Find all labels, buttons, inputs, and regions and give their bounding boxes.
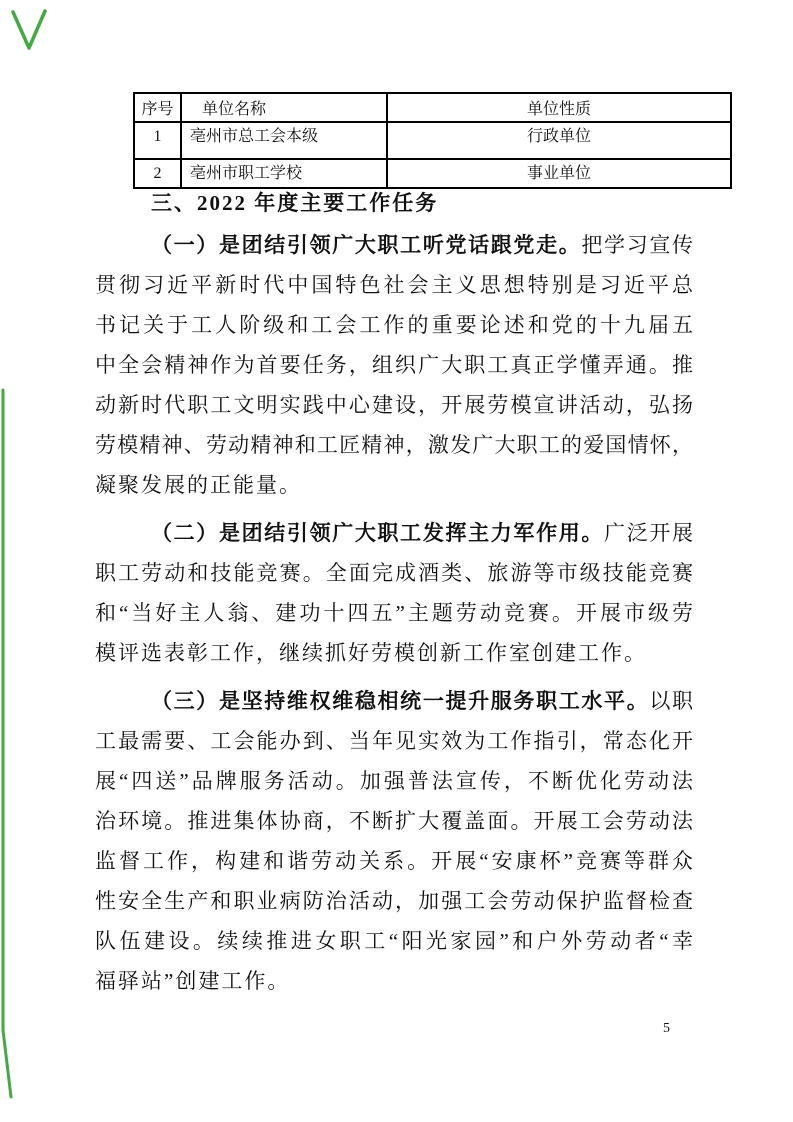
text-line: （一）是团结引领广大职工听党话跟党走。把学习宣传 xyxy=(95,225,693,265)
bold-lead-sentence: （一）是团结引领广大职工听党话跟党走。 xyxy=(151,233,581,257)
bold-lead-sentence: （二）是团结引领广大职工发挥主力军作用。 xyxy=(151,521,604,545)
cell-unit-name: 亳州市总工会本级 xyxy=(181,122,387,159)
pen-checkmark-icon xyxy=(13,11,45,48)
text-line: 福驿站”创建工作。 xyxy=(95,961,693,1001)
body-text: 性安全生产和职业病防治活动，加强工会劳动保护监督检查 xyxy=(95,889,693,913)
body-text: 治环境。推进集体协商，不断扩大覆盖面。开展工会劳动法 xyxy=(95,809,693,833)
text-line: （三）是坚持维权维稳相统一提升服务职工水平。以职 xyxy=(95,681,693,721)
body-text: 把学习宣传 xyxy=(581,233,693,257)
paragraph: （三）是坚持维权维稳相统一提升服务职工水平。以职工最需要、工会能办到、当年见实效… xyxy=(95,681,693,1001)
cell-unit-name: 亳州市职工学校 xyxy=(181,159,387,188)
table-header-unit-name: 单位名称 xyxy=(181,93,387,122)
body-text: 职工劳动和技能竞赛。全面完成酒类、旅游等市级技能竞赛 xyxy=(95,561,693,585)
cell-unit-type: 行政单位 xyxy=(387,122,731,159)
body-text: 模评选表彰工作，继续抓好劳模创新工作室创建工作。 xyxy=(95,641,647,665)
text-line: 中全会精神作为首要任务，组织广大职工真正学懂弄通。推 xyxy=(95,345,693,385)
text-line: 治环境。推进集体协商，不断扩大覆盖面。开展工会劳动法 xyxy=(95,801,693,841)
text-line: 队伍建设。续续推进女职工“阳光家园”和户外劳动者“幸 xyxy=(95,921,693,961)
text-line: 凝聚发展的正能量。 xyxy=(95,465,693,505)
text-line: 贯彻习近平新时代中国特色社会主义思想特别是习近平总 xyxy=(95,265,693,305)
body-text: 动新时代职工文明实践中心建设，开展劳模宣讲活动，弘扬 xyxy=(95,393,693,417)
body-text: 和“当好主人翁、建功十四五”主题劳动竞赛。开展市级劳 xyxy=(95,601,693,625)
page-number: 5 xyxy=(663,1021,670,1037)
body-text: 凝聚发展的正能量。 xyxy=(95,473,302,497)
body-text: 劳模精神、劳动精神和工匠精神，激发广大职工的爱国情怀， xyxy=(95,433,693,457)
pen-margin-line xyxy=(3,390,11,1097)
text-line: 监督工作，构建和谐劳动关系。开展“安康杯”竞赛等群众 xyxy=(95,841,693,881)
body-text: 中全会精神作为首要任务，组织广大职工真正学懂弄通。推 xyxy=(95,353,693,377)
body-text: 书记关于工人阶级和工会工作的重要论述和党的十九届五 xyxy=(95,313,693,337)
paragraph: （二）是团结引领广大职工发挥主力军作用。广泛开展职工劳动和技能竞赛。全面完成酒类… xyxy=(95,513,693,673)
text-line: 动新时代职工文明实践中心建设，开展劳模宣讲活动，弘扬 xyxy=(95,385,693,425)
section-heading: 三、2022 年度主要工作任务 xyxy=(95,190,695,216)
body-text: 以职 xyxy=(649,689,693,713)
cell-no: 2 xyxy=(134,159,181,188)
text-line: （二）是团结引领广大职工发挥主力军作用。广泛开展 xyxy=(95,513,693,553)
paragraph: （一）是团结引领广大职工听党话跟党走。把学习宣传贯彻习近平新时代中国特色社会主义… xyxy=(95,225,693,505)
unit-table: 序号 单位名称 单位性质 1 亳州市总工会本级 行政单位 2 亳州市职工学校 事… xyxy=(133,92,732,189)
text-line: 劳模精神、劳动精神和工匠精神，激发广大职工的爱国情怀， xyxy=(95,425,693,465)
body-text: 监督工作，构建和谐劳动关系。开展“安康杯”竞赛等群众 xyxy=(95,849,693,873)
text-line: 展“四送”品牌服务活动。加强普法宣传，不断优化劳动法 xyxy=(95,761,693,801)
body-text: 工最需要、工会能办到、当年见实效为工作指引，常态化开 xyxy=(95,729,693,753)
text-line: 性安全生产和职业病防治活动，加强工会劳动保护监督检查 xyxy=(95,881,693,921)
text-line: 工最需要、工会能办到、当年见实效为工作指引，常态化开 xyxy=(95,721,693,761)
body-text: 展“四送”品牌服务活动。加强普法宣传，不断优化劳动法 xyxy=(95,769,693,793)
table-header-no: 序号 xyxy=(134,93,181,122)
text-line: 和“当好主人翁、建功十四五”主题劳动竞赛。开展市级劳 xyxy=(95,593,693,633)
body-text: 队伍建设。续续推进女职工“阳光家园”和户外劳动者“幸 xyxy=(95,929,693,953)
table-row: 2 亳州市职工学校 事业单位 xyxy=(134,159,731,188)
bold-lead-sentence: （三）是坚持维权维稳相统一提升服务职工水平。 xyxy=(151,689,649,713)
table-row: 1 亳州市总工会本级 行政单位 xyxy=(134,122,731,159)
text-line: 书记关于工人阶级和工会工作的重要论述和党的十九届五 xyxy=(95,305,693,345)
body-text: 广泛开展 xyxy=(604,521,693,545)
body-text: 贯彻习近平新时代中国特色社会主义思想特别是习近平总 xyxy=(95,273,693,297)
document-body: （一）是团结引领广大职工听党话跟党走。把学习宣传贯彻习近平新时代中国特色社会主义… xyxy=(95,225,693,1001)
table-header-row: 序号 单位名称 单位性质 xyxy=(134,93,731,122)
cell-no: 1 xyxy=(134,122,181,159)
body-text: 福驿站”创建工作。 xyxy=(95,969,290,993)
text-line: 职工劳动和技能竞赛。全面完成酒类、旅游等市级技能竞赛 xyxy=(95,553,693,593)
document-page: 序号 单位名称 单位性质 1 亳州市总工会本级 行政单位 2 亳州市职工学校 事… xyxy=(0,0,793,1122)
text-line: 模评选表彰工作，继续抓好劳模创新工作室创建工作。 xyxy=(95,633,693,673)
cell-unit-type: 事业单位 xyxy=(387,159,731,188)
table-header-unit-type: 单位性质 xyxy=(387,93,731,122)
